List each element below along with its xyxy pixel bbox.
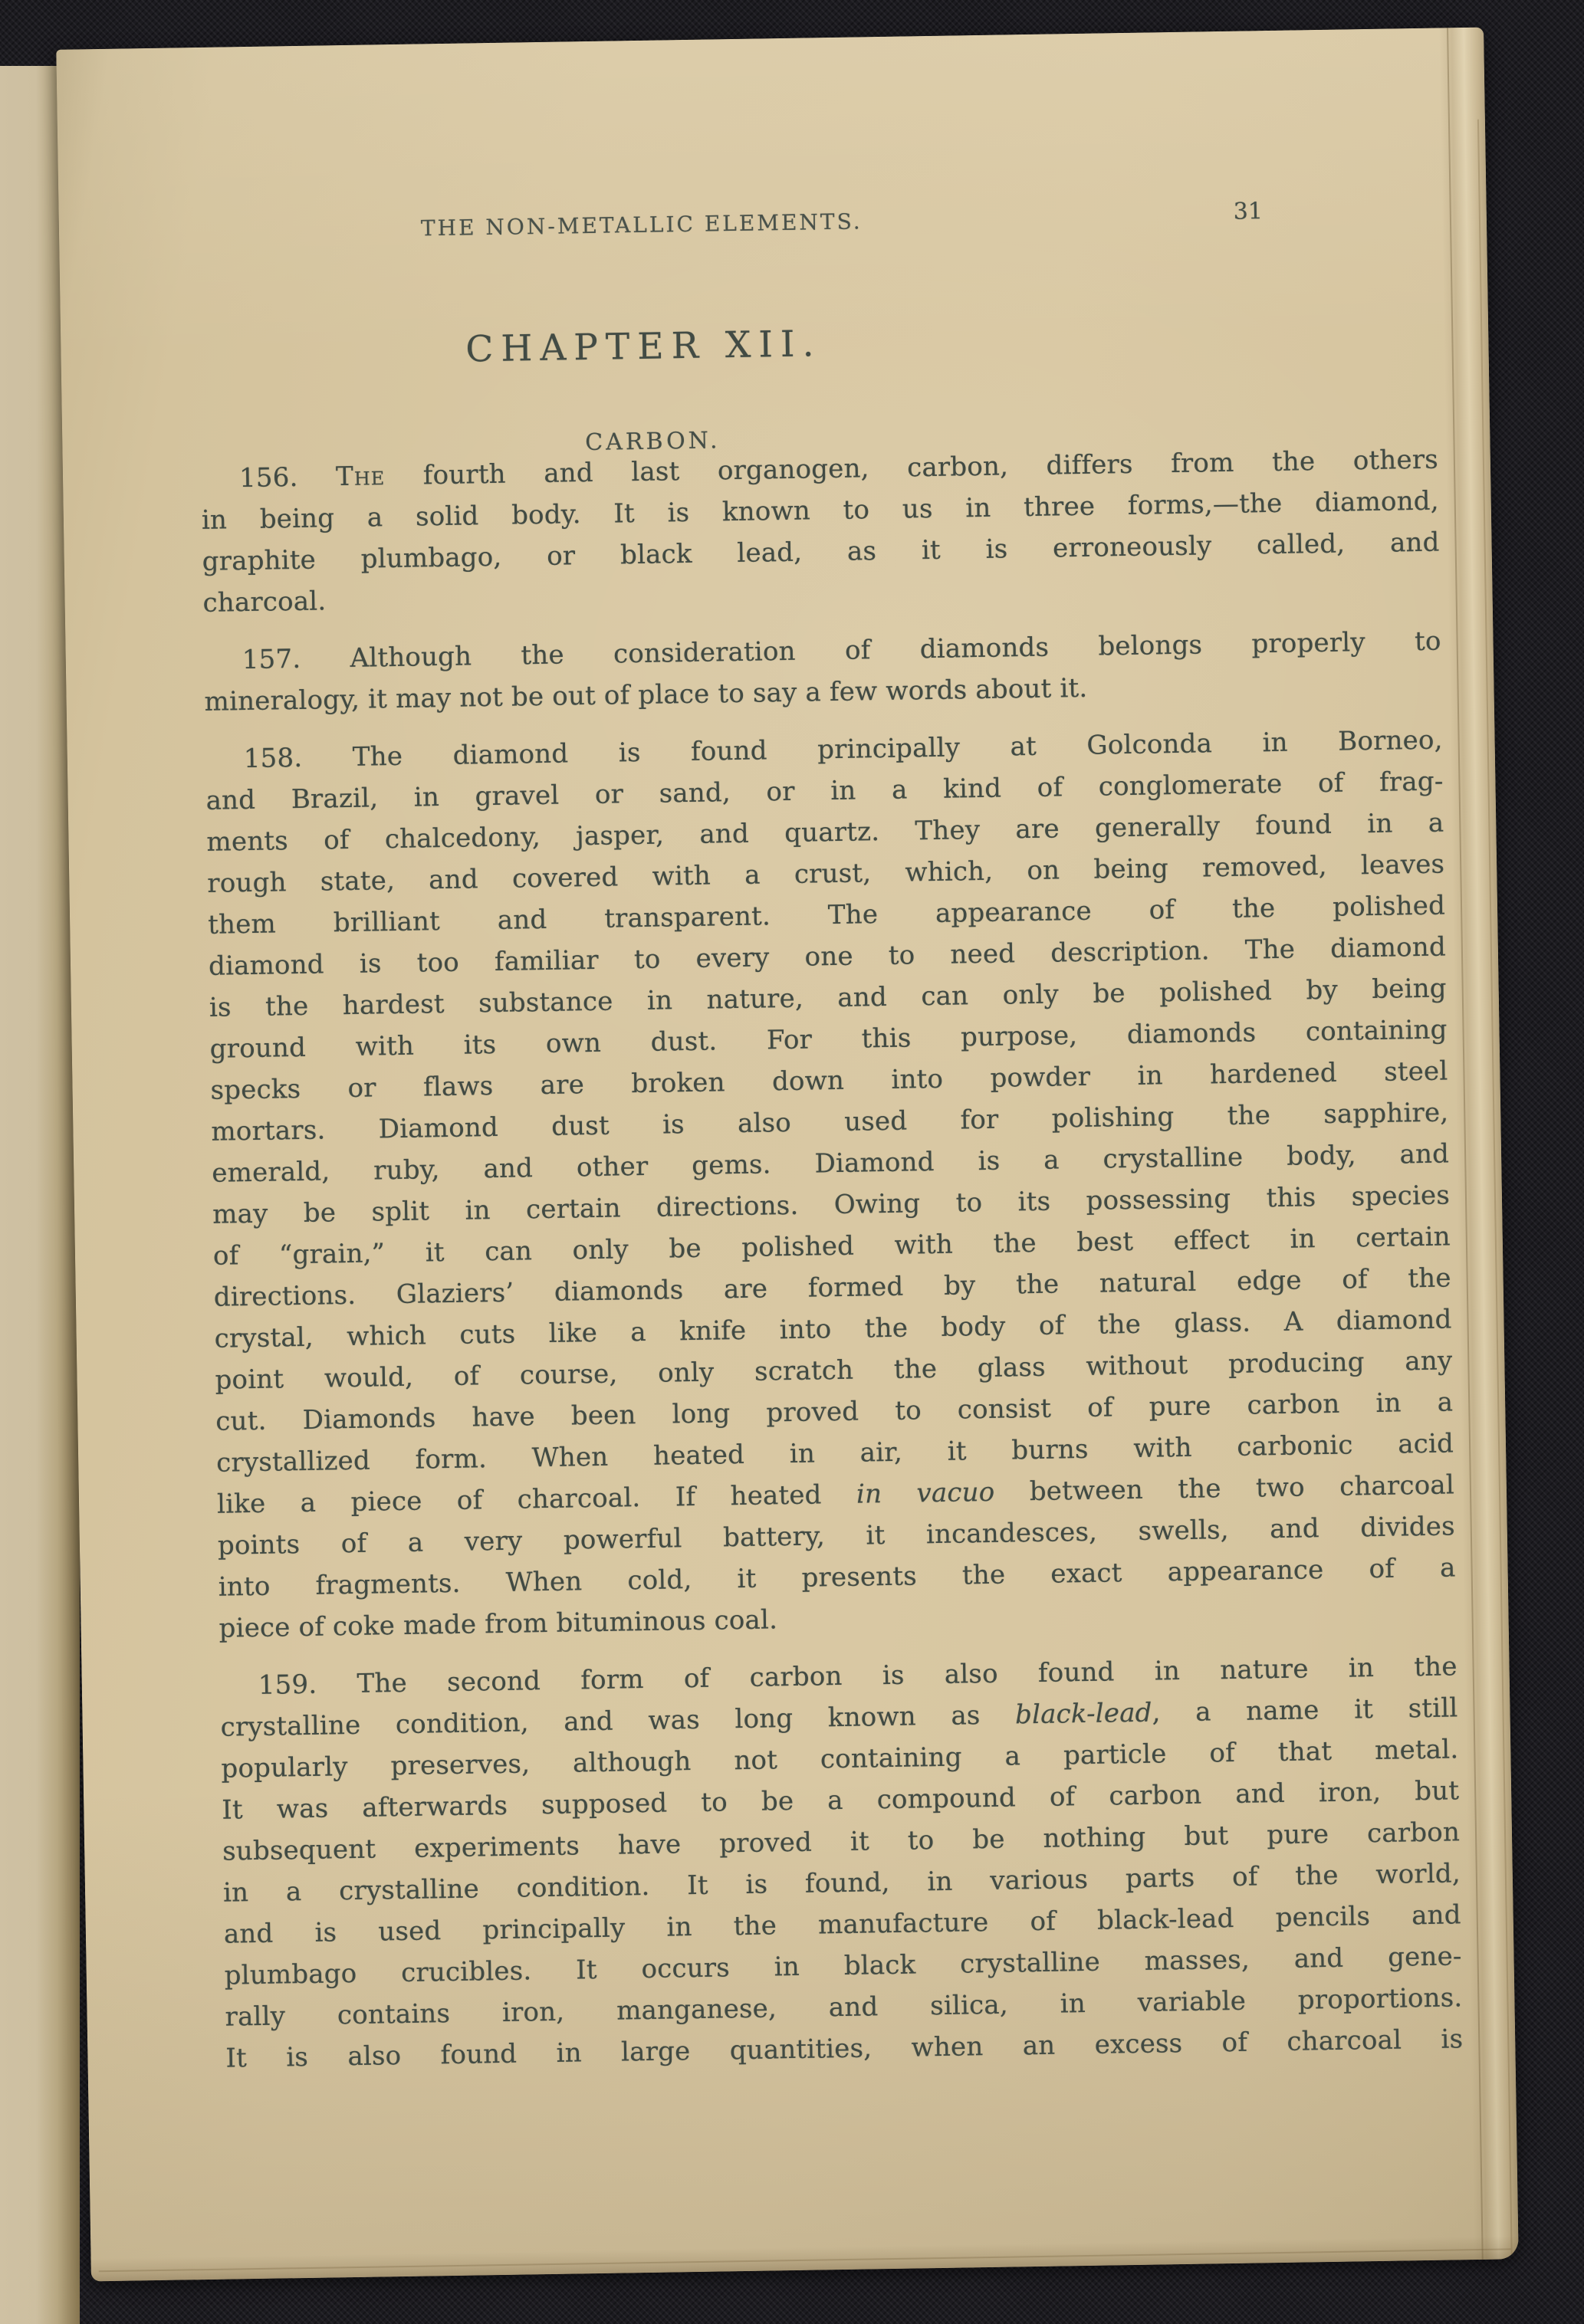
paragraph-157: 157. Although the consideration of diamo… (203, 621, 1441, 723)
text-segment: between the two charcoal (994, 1469, 1454, 1507)
text-segment: charcoal. (202, 586, 326, 619)
paragraph-158: 158. The diamond is found principally at… (205, 720, 1456, 1649)
paragraph-156: 156. The fourth and last organogen, carb… (201, 439, 1441, 624)
text-segment: 156. (239, 461, 337, 494)
text-segment: , a name it still (1152, 1692, 1458, 1728)
book-page: THE NON-METALLIC ELEMENTS. 31 CHAPTER XI… (56, 28, 1519, 2282)
text-segment: mineralogy, it may not be out of place t… (204, 673, 1087, 717)
running-head: THE NON-METALLIC ELEMENTS. (421, 208, 863, 241)
chapter-heading: CHAPTER XII. (465, 323, 822, 370)
body-text: 156. The fourth and last organogen, carb… (201, 439, 1464, 2079)
text-segment: The (336, 461, 386, 492)
text-segment: piece of coke made from bituminous coal. (219, 1604, 777, 1643)
text-segment: crystalline condition, and was long know… (220, 1699, 1015, 1742)
book-photo: THE NON-METALLIC ELEMENTS. 31 CHAPTER XI… (0, 0, 1584, 2324)
page-number: 31 (1233, 198, 1263, 225)
paragraph-159: 159. The second form of carbon is also f… (219, 1646, 1463, 2079)
text-segment: black-lead (1015, 1698, 1152, 1731)
text-segment: in vacuo (856, 1477, 995, 1510)
text-segment: like a piece of charcoal. If heated (217, 1479, 857, 1520)
